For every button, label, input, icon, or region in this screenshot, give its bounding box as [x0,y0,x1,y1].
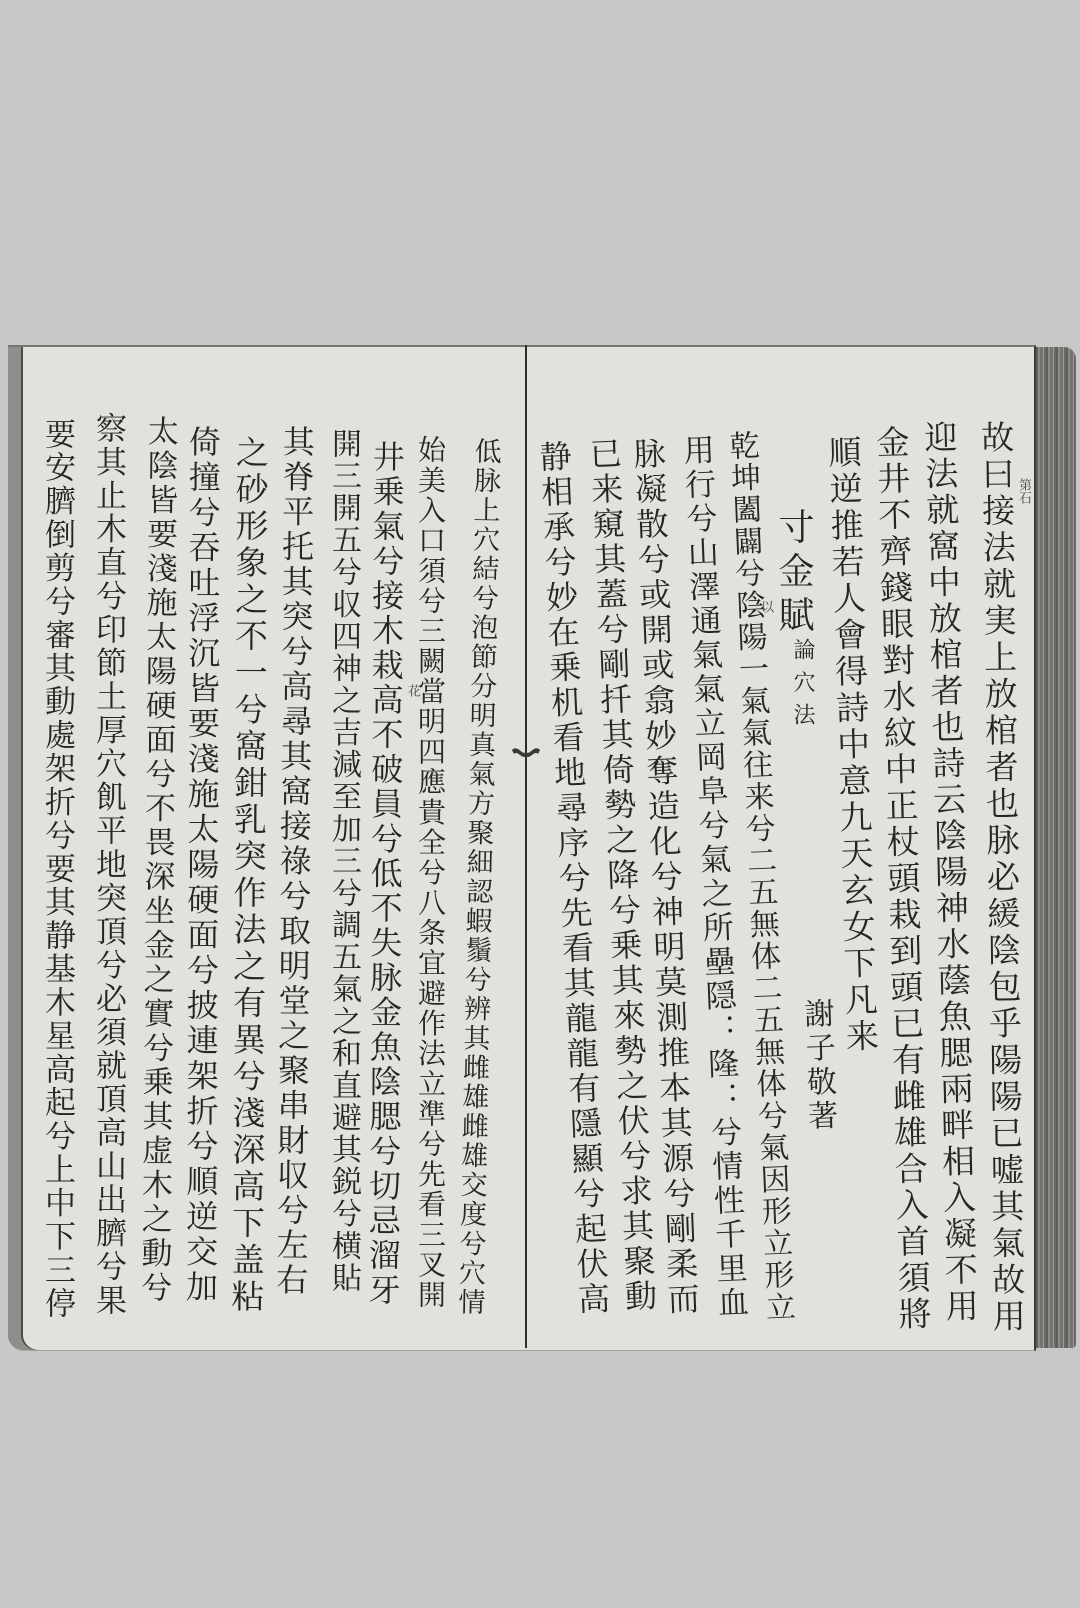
fish-tail-ornament-icon [508,740,544,766]
text-column: 之砂形象之不一兮窩鉗乳突作法之有異兮淺深高下盖粘 [225,435,270,1312]
marginal-note: 第石 [1015,478,1031,504]
marginal-note: 以 [757,600,773,613]
text-column: 倚撞兮吞吐浮沉皆要淺施太陽硬面兮披連架折兮順逆交加 [180,425,223,1302]
center-fold-line [525,345,527,1348]
text-column: 要安臍倒剪兮審其動處架折兮要其静基木星高起兮上中下三停 [37,418,77,1318]
section-title: 寸金賦 [773,508,813,632]
text-column: 開三開五兮収四神之吉減至加三兮調五氣之和直避其鋭兮横貼 [323,428,363,1292]
text-column: 井乗氣兮接木栽高不破員兮低不失脉金魚陰腮兮切忌溜牙 [362,440,407,1305]
stacked-page-edges [1036,347,1076,1348]
text-column: 太陰皆要淺施太陽硬面兮不畏深坐金之實兮乗其虚木之動兮 [133,415,180,1302]
text-column: 其脊平托其突兮高尋其窩接祿兮取明堂之聚串財収兮左右 [270,425,317,1295]
text-column: 察其止木直兮印節土厚穴飢平地突頂兮必須就頂高山出臍兮果 [88,412,128,1315]
author-credit: 謝子敬著 [795,997,840,1130]
section-subtitle: 論穴法 [782,638,822,725]
marginal-note: 花 [404,684,420,697]
text-column: 始美入口須兮三闕當明四應貴全兮八条宜避作法立準兮先看三叉開 [410,435,450,1308]
